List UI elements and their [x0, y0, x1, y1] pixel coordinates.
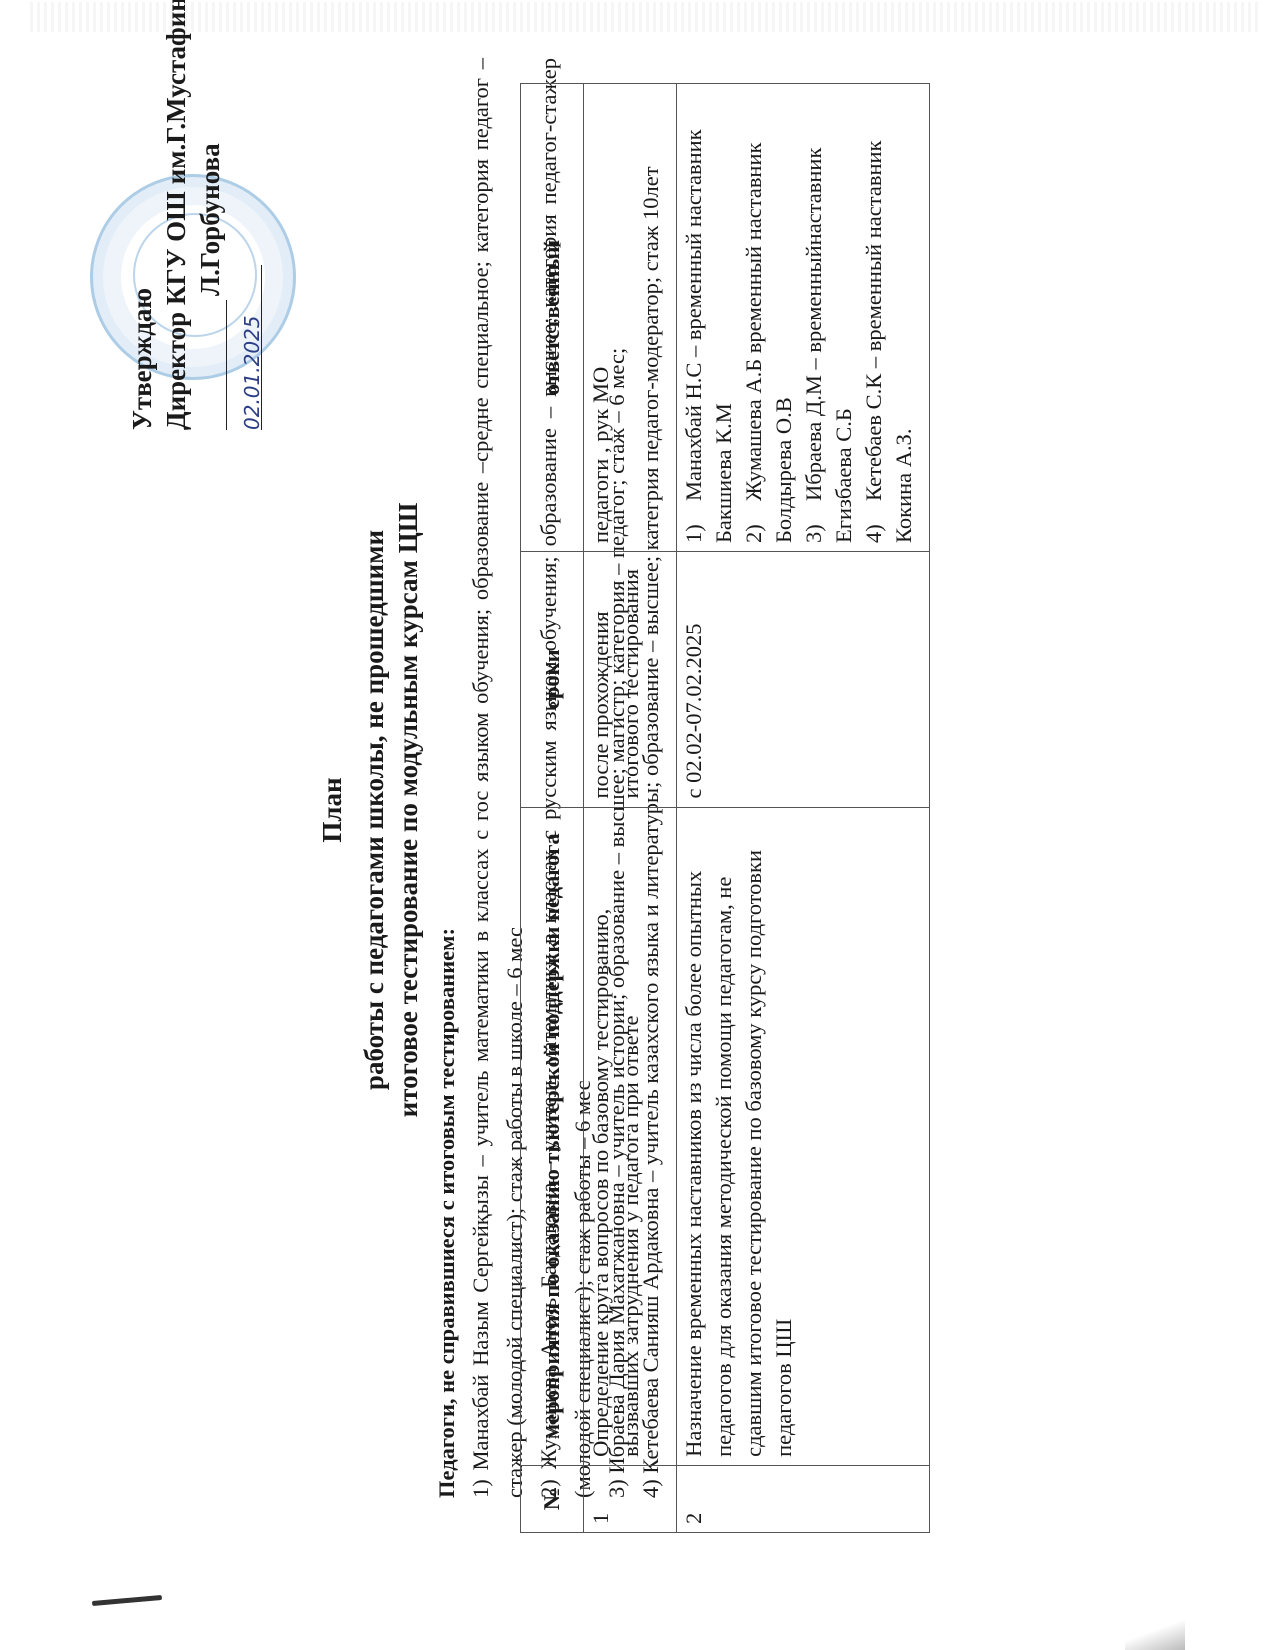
row-responsible: педагоги , рук МО [584, 84, 677, 552]
signature-row: Л.Горбунова [193, 50, 227, 430]
title-line-1: План [315, 60, 349, 1560]
mentor-item: 1)Манахбай Н.С – временный наставник Бак… [679, 92, 739, 543]
table-header-row: № мероприятия по оказанию тьютерской под… [521, 84, 584, 1533]
approval-label: Утверждаю [125, 50, 159, 430]
mentor-text: Манахбай Н.С – временный наставник Бакши… [681, 129, 736, 543]
row-number: 1 [584, 1465, 677, 1532]
row-number: 2 [677, 1465, 930, 1532]
title-line-2: работы с педагогами школы, не прошедшими [357, 60, 391, 1560]
mentor-list: 1)Манахбай Н.С – временный наставник Бак… [679, 92, 919, 543]
scan-artifact-top [30, 2, 1260, 32]
mentor-number: 1) [679, 501, 709, 543]
row-responsible: 1)Манахбай Н.С – временный наставник Бак… [677, 84, 930, 552]
mentor-item: 2)Жумашева А.Б временный наставник Болды… [739, 92, 799, 543]
teachers-heading: Педагоги, не справившиеся с итоговым тес… [430, 58, 464, 1498]
signature-line [198, 300, 227, 430]
header-activity: мероприятия по оказанию тьютерской подде… [521, 807, 584, 1465]
mentor-text: Ибраева Д.М – временныйнаставник Егизбае… [801, 148, 856, 543]
header-term: сроки [521, 552, 584, 808]
document-title: План работы с педагогами школы, не проше… [315, 60, 425, 1560]
mentor-number: 2) [739, 501, 769, 543]
mentor-text: Кетебаев С.К – временный наставник Кокин… [861, 141, 916, 543]
approval-block: Утверждаю Директор КГУ ОШ им.Г.Мустафина… [125, 50, 262, 430]
mentor-item: 3)Ибраева Д.М – временныйнаставник Егизб… [799, 92, 859, 543]
pen-mark [92, 1595, 162, 1606]
mentor-number: 3) [799, 501, 829, 543]
scan-corner-shadow [1125, 1620, 1185, 1650]
table-row: 2 Назначение временных наставников из чи… [677, 84, 930, 1533]
mentor-text: Жумашева А.Б временный наставник Болдыре… [741, 143, 796, 543]
row-term: с 02.02-07.02.2025 [677, 552, 930, 808]
rotated-document-page: Утверждаю Директор КГУ ОШ им.Г.Мустафина… [90, 60, 1170, 1560]
mentor-item: 4)Кетебаев С.К – временный наставник Кок… [859, 92, 919, 543]
plan-table: № мероприятия по оказанию тьютерской под… [520, 83, 930, 1533]
row-activity: Назначение временных наставников из числ… [677, 807, 930, 1465]
header-responsible: ответственный [521, 84, 584, 552]
table-row: 1 Определение круга вопросов по базовому… [584, 84, 677, 1533]
row-activity: Определение круга вопросов по базовому т… [584, 807, 677, 1465]
row-term: после прохождения итогового тестирования [584, 552, 677, 808]
mentor-number: 4) [859, 501, 889, 543]
approval-position: Директор КГУ ОШ им.Г.Мустафина [159, 50, 193, 430]
title-line-3: итоговое тестирование по модульным курса… [391, 60, 425, 1560]
approval-date: 02.01.2025 [235, 265, 262, 430]
approval-signatory: Л.Горбунова [193, 143, 227, 296]
header-number: № [521, 1465, 584, 1532]
